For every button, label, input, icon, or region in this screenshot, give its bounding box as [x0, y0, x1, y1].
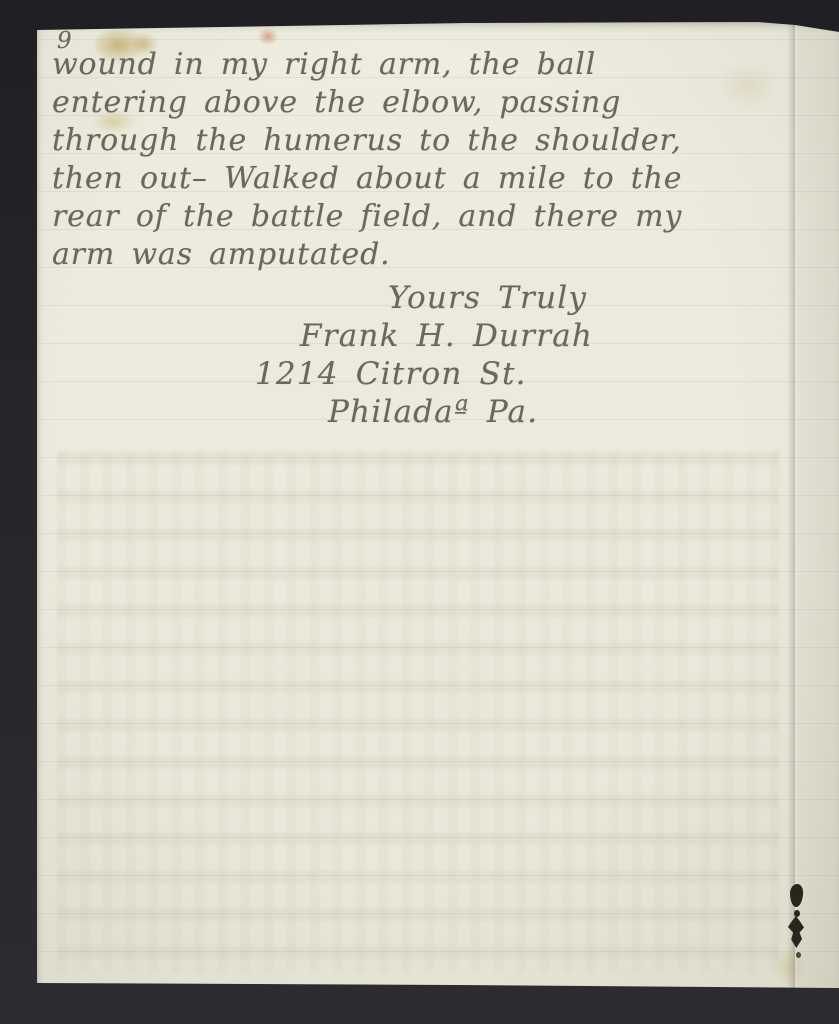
- letter-line: entering above the elbow, passing: [52, 84, 682, 122]
- letter-page: 9 wound in my right arm, the ball enteri…: [37, 22, 839, 990]
- letter-line: through the humerus to the shoulder,: [52, 122, 682, 160]
- ink-blot: [796, 952, 801, 958]
- letter-line: then out– Walked about a mile to the: [52, 160, 682, 198]
- letter-line: rear of the battle field, and there my: [52, 198, 682, 236]
- closing-salutation: Yours Truly: [388, 280, 587, 316]
- ink-bleed-through: [57, 452, 779, 972]
- next-page-edge: [796, 22, 839, 990]
- ink-blot: [794, 910, 800, 917]
- scanned-letter-photo: 9 wound in my right arm, the ball enteri…: [0, 0, 839, 1024]
- signature-name: Frank H. Durrah: [300, 318, 593, 354]
- letter-line: arm was amputated.: [52, 236, 682, 274]
- signature-address-street: 1214 Citron St.: [255, 356, 527, 392]
- signature-address-city: Philadaª Pa.: [328, 394, 538, 430]
- letter-line: wound in my right arm, the ball: [52, 46, 682, 84]
- letter-body: wound in my right arm, the ball entering…: [52, 46, 682, 274]
